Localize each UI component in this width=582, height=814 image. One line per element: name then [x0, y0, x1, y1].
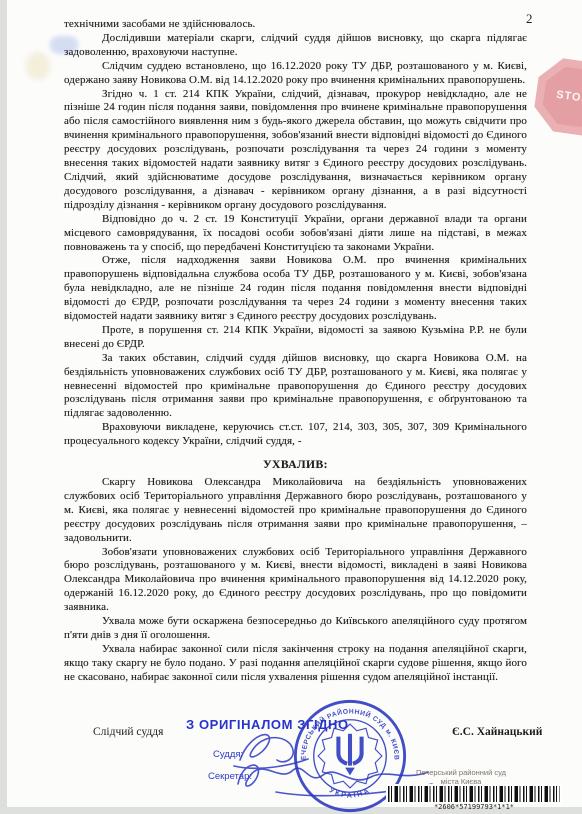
court-name: Печерський районний суд міста Києва: [405, 769, 517, 786]
paragraph: Отже, після надходження заяви Новикова О…: [64, 254, 527, 324]
stop-octagon-inner: STOP: [540, 64, 582, 130]
paragraph: Проте, в порушення ст. 214 КПК України, …: [64, 324, 527, 352]
stop-watermark-label: STOP: [555, 89, 582, 106]
paragraph: Дослідивши матеріали скарги, слідчий суд…: [64, 32, 527, 60]
barcode-label: *2606*57199793*1*1*: [388, 803, 560, 811]
scan-artifact-yellow: [26, 52, 50, 80]
paragraph: Відповідно до ч. 2 ст. 19 Конституції Ук…: [64, 213, 527, 255]
barcode: [388, 786, 560, 802]
judge-signature-underline: [234, 759, 308, 768]
court-name-line2: міста Києва: [405, 778, 517, 787]
ruling-paragraph: Ухвала може бути оскаржена безпосередньо…: [64, 615, 527, 643]
scan-edge-left: [0, 0, 7, 814]
stop-octagon-watermark: STOP: [531, 55, 582, 139]
paragraph: За таких обставин, слідчий суддя дійшов …: [64, 352, 527, 422]
document-body: технічними засобами не здійснювалось. До…: [64, 18, 527, 685]
document-page: STOP 2 технічними засобами не здійснювал…: [0, 0, 582, 814]
judge-signature-ink: [240, 735, 293, 762]
ruling-paragraph: Зобов'язати уповноважених службових осіб…: [64, 546, 527, 616]
judge-name: Є.С. Хайнацький: [452, 726, 542, 738]
ruling-heading: УХВАЛИВ:: [64, 458, 527, 472]
ruling-paragraph: Ухвала набирає законної сили після закін…: [64, 643, 527, 685]
paragraph: технічними засобами не здійснювалось.: [64, 18, 527, 32]
paragraph: Враховуючи викладене, керуючись ст.ст. 1…: [64, 421, 527, 449]
ruling-paragraph: Скаргу Новикова Олександра Миколайовича …: [64, 476, 527, 546]
paragraph: Слідчим суддею встановлено, що 16.12.202…: [64, 60, 527, 88]
paragraph: Згідно ч. 1 ст. 214 КПК України, слідчий…: [64, 88, 527, 213]
investigating-judge-label: Слідчий суддя: [93, 726, 163, 738]
